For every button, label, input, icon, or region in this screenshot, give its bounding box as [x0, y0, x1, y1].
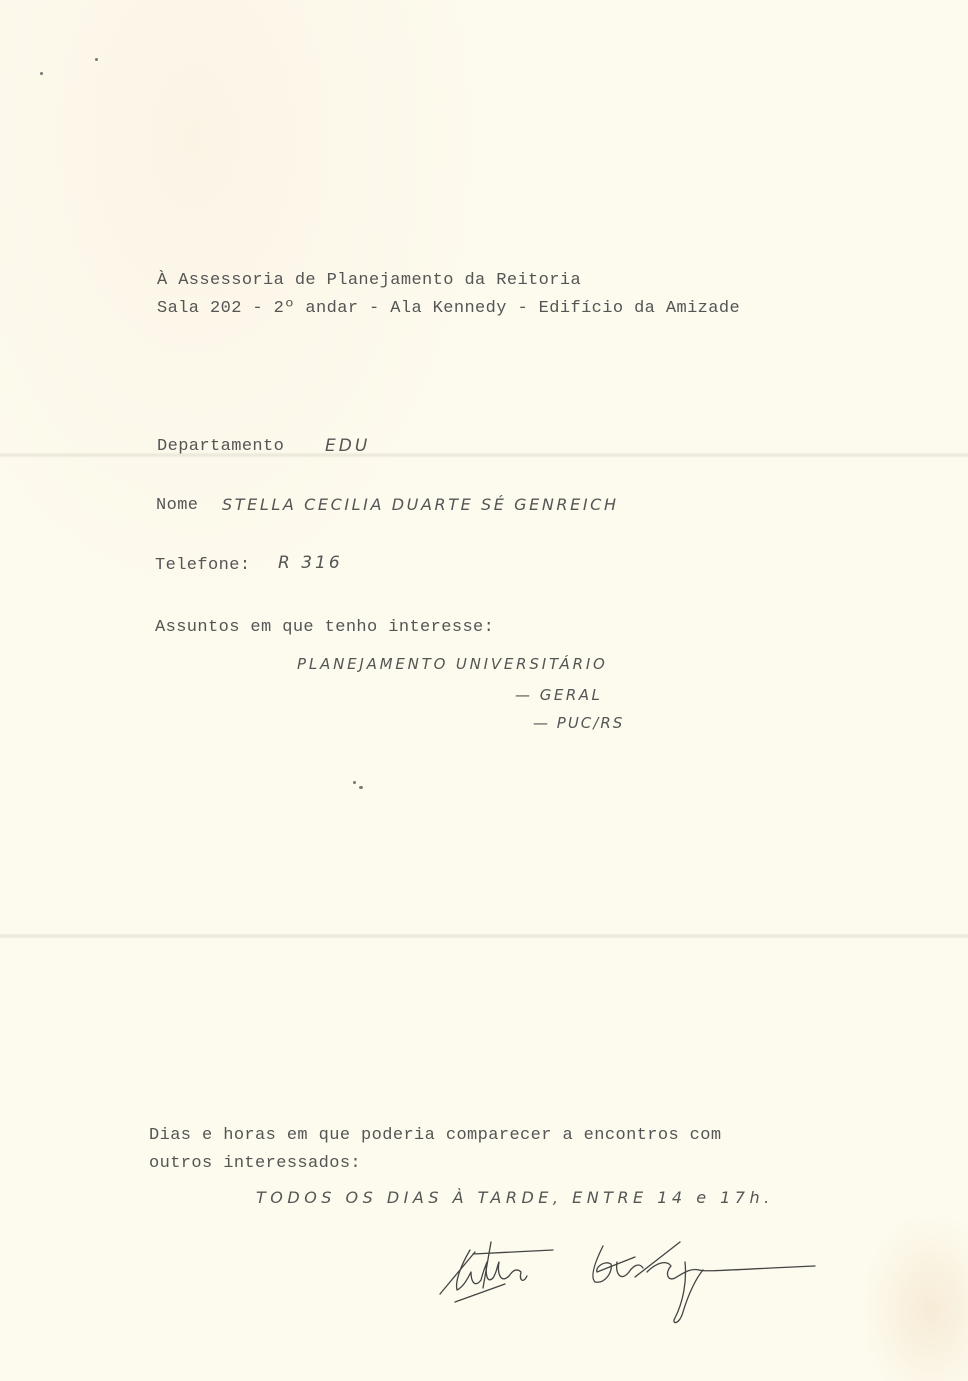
paper-fold-upper	[0, 452, 968, 458]
dias-label-line-2: outros interessados:	[149, 1154, 361, 1173]
nome-label: Nome	[156, 496, 198, 515]
paper-fold-lower	[0, 933, 968, 939]
departamento-label: Departamento	[157, 437, 284, 456]
assunto-item-1: PLANEJAMENTO UNIVERSITÁRIO	[297, 655, 608, 673]
ink-speck	[359, 786, 363, 789]
assuntos-label: Assuntos em que tenho interesse:	[155, 618, 494, 637]
address-line-2: Sala 202 - 2º andar - Ala Kennedy - Edif…	[157, 299, 740, 318]
paper-speck	[40, 72, 43, 75]
assunto-item-3: — PUC/RS	[533, 714, 624, 732]
dias-label-line-1: Dias e horas em que poderia comparecer a…	[149, 1126, 722, 1145]
dias-value: TODOS OS DIAS À TARDE, ENTRE 14 e 17h.	[256, 1188, 774, 1207]
telefone-label: Telefone:	[155, 556, 250, 575]
departamento-value: EDU	[325, 436, 370, 456]
address-line-1: À Assessoria de Planejamento da Reitoria	[157, 271, 581, 290]
nome-value: STELLA CECILIA DUARTE SÉ GENREICH	[222, 495, 619, 514]
paper-speck	[95, 58, 98, 61]
telefone-value: R 316	[278, 553, 343, 573]
assunto-item-2: — GERAL	[515, 686, 602, 704]
signature-icon	[435, 1232, 825, 1332]
ink-speck	[353, 781, 356, 784]
document-page: À Assessoria de Planejamento da Reitoria…	[0, 0, 968, 1381]
